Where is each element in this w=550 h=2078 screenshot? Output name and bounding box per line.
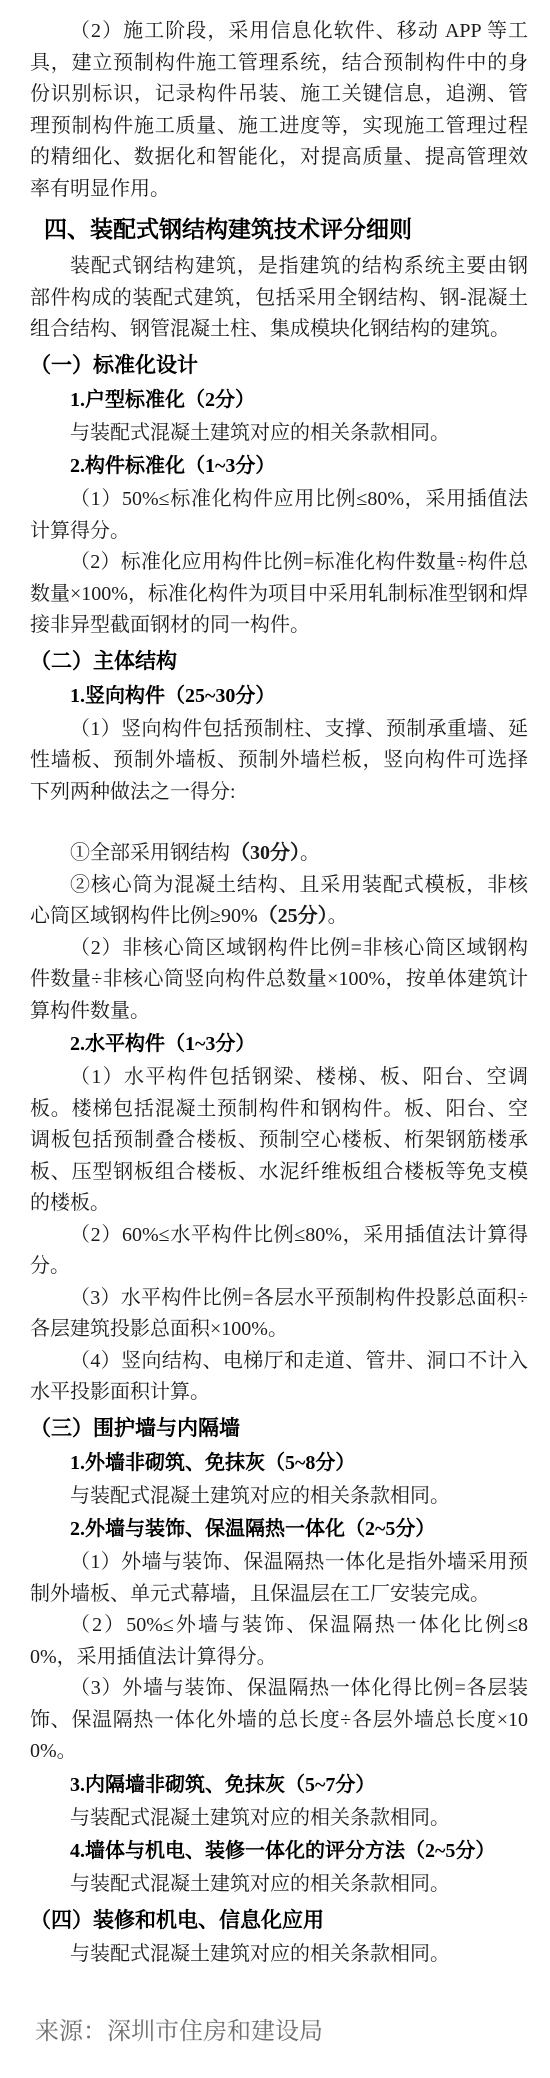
item-score: （30分）: [230, 842, 300, 864]
heading-item-component-standardization: 2.构件标准化（1~3分）: [70, 450, 528, 483]
paragraph-same-clause-3: 与装配式混凝土建筑对应的相关条款相同。: [30, 1803, 528, 1835]
paragraph-steel-building-definition: 装配式钢结构建筑，是指建筑的结构系统主要由钢部件构成的装配式建筑，包括采用全钢结…: [30, 251, 528, 346]
heading-item-vertical-components: 1.竖向构件（25~30分）: [70, 680, 528, 713]
paragraph-horizontal-components-rule-1: （1）水平构件包括钢梁、楼梯、板、阳台、空调板。楼梯包括混凝土预制构件和钢构件。…: [30, 1062, 528, 1220]
item-text: ①全部采用钢结构: [70, 842, 230, 864]
heading-sub2-main-structure: （二）主体结构: [30, 644, 528, 678]
heading-sub1-standardized-design: （一）标准化设计: [30, 348, 528, 382]
blank-line: [30, 808, 528, 838]
paragraph-horizontal-components-rule-3: （3）水平构件比例=各层水平预制构件投影总面积÷各层建筑投影总面积×100%。: [30, 1283, 528, 1346]
paragraph-same-clause-5: 与装配式混凝土建筑对应的相关条款相同。: [30, 1939, 528, 1971]
source-attribution: 来源：深圳市住房和建设局: [35, 2016, 528, 2048]
heading-sub4-decoration-mep-informatization: （四）装修和机电、信息化应用: [30, 1903, 528, 1937]
heading-item-horizontal-components: 2.水平构件（1~3分）: [70, 1028, 528, 1061]
document-page: （2）施工阶段，采用信息化软件、移动 APP 等工具，建立预制构件施工管理系统，…: [0, 0, 550, 2078]
list-item-core-tube-concrete: ②核心筒为混凝土结构、且采用装配式模板，非核心筒区域钢构件比例≥90%（25分）…: [30, 870, 528, 933]
heading-item-unit-type-standardization: 1.户型标准化（2分）: [70, 384, 528, 417]
paragraph-construction-stage: （2）施工阶段，采用信息化软件、移动 APP 等工具，建立预制构件施工管理系统，…: [30, 16, 528, 205]
heading-item-wall-mep-decoration-integration: 4.墙体与机电、装修一体化的评分方法（2~5分）: [70, 1835, 528, 1868]
paragraph-vertical-components-rule-1: （1）竖向构件包括预制柱、支撑、预制承重墙、延性墙板、预制外墙板、预制外墙栏板，…: [30, 714, 528, 809]
paragraph-exterior-wall-integration-rule-3: （3）外墙与装饰、保温隔热一体化得比例=各层装饰、保温隔热一体化外墙的总长度÷各…: [30, 1673, 528, 1768]
heading-item-exterior-wall-integration: 2.外墙与装饰、保温隔热一体化（2~5分）: [70, 1513, 528, 1546]
heading-item-exterior-wall-non-masonry: 1.外墙非砌筑、免抹灰（5~8分）: [70, 1447, 528, 1480]
item-period: 。: [328, 905, 348, 927]
paragraph-exterior-wall-integration-rule-1: （1）外墙与装饰、保温隔热一体化是指外墙采用预制外墙板、单元式幕墙，且保温层在工…: [30, 1547, 528, 1610]
paragraph-exterior-wall-integration-rule-2: （2）50%≤外墙与装饰、保温隔热一体化比例≤80%，采用插值法计算得分。: [30, 1610, 528, 1673]
paragraph-horizontal-components-rule-4: （4）竖向结构、电梯厅和走道、管井、洞口不计入水平投影面积计算。: [30, 1346, 528, 1409]
paragraph-vertical-components-rule-2: （2）非核心筒区域钢构件比例=非核心筒区域钢构件数量÷非核心筒竖向构件总数量×1…: [30, 933, 528, 1028]
paragraph-same-clause-2: 与装配式混凝土建筑对应的相关条款相同。: [30, 1481, 528, 1513]
paragraph-same-clause-1: 与装配式混凝土建筑对应的相关条款相同。: [30, 418, 528, 450]
paragraph-horizontal-components-rule-2: （2）60%≤水平构件比例≤80%，采用插值法计算得分。: [30, 1220, 528, 1283]
heading-item-partition-wall-non-masonry: 3.内隔墙非砌筑、免抹灰（5~7分）: [70, 1769, 528, 1802]
item-score: （25分）: [258, 905, 328, 927]
paragraph-same-clause-4: 与装配式混凝土建筑对应的相关条款相同。: [30, 1869, 528, 1901]
heading-section-four-steel-structure-scoring-rules: 四、装配式钢结构建筑技术评分细则: [44, 211, 528, 247]
paragraph-component-standardization-rule-2: （2）标准化应用构件比例=标准化构件数量÷构件总数量×100%，标准化构件为项目…: [30, 547, 528, 642]
item-period: 。: [300, 842, 320, 864]
list-item-all-steel-structure: ①全部采用钢结构（30分）。: [30, 838, 528, 870]
heading-sub3-enclosure-and-partition-walls: （三）围护墙与内隔墙: [30, 1411, 528, 1445]
paragraph-component-standardization-rule-1: （1）50%≤标准化构件应用比例≤80%，采用插值法计算得分。: [30, 484, 528, 547]
